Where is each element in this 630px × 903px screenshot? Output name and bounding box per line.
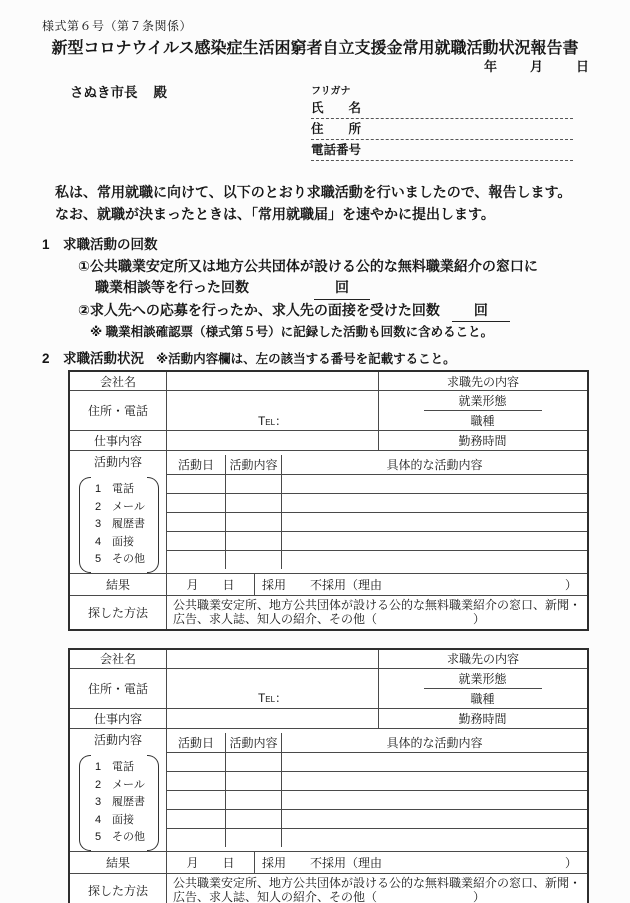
activity-entry-row: [167, 772, 587, 791]
activity-detail-input[interactable]: [281, 772, 587, 790]
occupation-subrow: 職種: [424, 688, 542, 708]
result-cell: 月 日 採用 不採用（理由 ）: [166, 852, 587, 873]
activity-date-input[interactable]: [167, 513, 225, 531]
address-tel-cell: Tel：: [166, 669, 378, 708]
activity-date-input[interactable]: [167, 791, 225, 809]
activity-option-resume: 3 履歴書: [95, 516, 145, 534]
section1-heading: 1 求職活動の回数: [42, 234, 538, 256]
activity-option-resume: 3 履歴書: [95, 794, 145, 812]
job-content-label: 仕事内容: [70, 431, 166, 450]
furigana-label: フリガナ: [311, 82, 573, 97]
pledge-paragraph: 私は、常用就職に向けて、以下のとおり求職活動を行いましたので、報告します。 なお…: [55, 181, 571, 225]
address-phone-label: 住所・電話: [70, 391, 166, 430]
section1-note: ※ 職業相談確認票（様式第５号）に記録した活動も回数に含めること。: [90, 322, 538, 344]
result-close-paren: ）: [565, 854, 577, 871]
activity-table: 会社名 求職先の内容 住所・電話 Tel： 就業形態 職種: [68, 648, 589, 903]
activity-date-input[interactable]: [167, 475, 225, 493]
activity-section-row: 活動内容 1 電話 2 メール 3 履歴書 4 面接 5 その他 活動日 活動内…: [70, 450, 587, 573]
section1-item1-line2: 職業相談等を行った回数回: [95, 277, 538, 300]
result-outcome-field[interactable]: 採用 不採用（理由 ）: [254, 852, 587, 873]
result-label: 結果: [70, 852, 166, 873]
tel-label[interactable]: Tel：: [258, 688, 287, 708]
occupation-subrow: 職種: [424, 410, 542, 430]
form-number: 様式第６号（第７条関係）: [42, 17, 192, 34]
section-activity-status: 2 求職活動状況※活動内容欄は、左の該当する番号を記載すること。: [42, 347, 456, 367]
section1-item2-line: ②求人先への応募を行ったか、求人先の面接を受けた回数回: [78, 300, 538, 323]
activity-grid: 活動日 活動内容 具体的な活動内容: [166, 451, 587, 573]
activity-tables: 会社名 求職先の内容 住所・電話 Tel： 就業形態 職種: [68, 370, 589, 903]
activity-date-input[interactable]: [167, 810, 225, 828]
search-method-label: 探した方法: [70, 874, 166, 903]
search-method-line1: 公共職業安定所、地方公共団体が設ける公的な無料職業紹介の窓口、新聞・: [173, 876, 581, 891]
job-content-input[interactable]: [166, 431, 378, 450]
year-label: 年: [484, 56, 497, 75]
job-target-header: 求職先の内容: [378, 372, 587, 390]
activity-legend-cell: 活動内容 1 電話 2 メール 3 履歴書 4 面接 5 その他: [70, 451, 166, 573]
employment-type-label: 就業形態: [424, 392, 541, 409]
company-row: 会社名 求職先の内容: [70, 372, 587, 390]
consult-count-field[interactable]: 回: [314, 277, 370, 300]
activity-detail-input[interactable]: [281, 532, 587, 550]
activity-entry-row: [167, 791, 587, 810]
employment-occupation-cell: 就業形態 職種: [378, 391, 587, 430]
addressee-name: さぬき市長: [70, 85, 138, 100]
activity-option-interview: 4 面接: [95, 812, 145, 830]
search-method-row: 探した方法 公共職業安定所、地方公共団体が設ける公的な無料職業紹介の窓口、新聞・…: [70, 595, 587, 629]
address-label: 住 所: [311, 122, 361, 136]
activity-detail-header: 具体的な活動内容: [281, 733, 587, 752]
address-row: 住所・電話 Tel： 就業形態 職種: [70, 390, 587, 430]
activity-header-row: 活動日 活動内容 具体的な活動内容: [167, 733, 587, 753]
activity-option-mail: 2 メール: [95, 777, 145, 795]
activity-detail-input[interactable]: [281, 551, 587, 569]
job-content-row: 仕事内容 勤務時間: [70, 708, 587, 728]
activity-section-row: 活動内容 1 電話 2 メール 3 履歴書 4 面接 5 その他 活動日 活動内…: [70, 728, 587, 851]
company-label: 会社名: [70, 650, 166, 668]
company-label: 会社名: [70, 372, 166, 390]
result-cell: 月 日 採用 不採用（理由 ）: [166, 574, 587, 595]
activity-options-bracket: 1 電話 2 メール 3 履歴書 4 面接 5 その他: [77, 755, 159, 851]
activity-option-interview: 4 面接: [95, 534, 145, 552]
result-date-field[interactable]: 月 日: [167, 852, 254, 873]
search-method-line1: 公共職業安定所、地方公共団体が設ける公的な無料職業紹介の窓口、新聞・: [173, 598, 581, 613]
hours-cell: 勤務時間: [378, 709, 587, 728]
activity-type-input[interactable]: [225, 810, 281, 828]
activity-entry-row: [167, 475, 587, 494]
activity-type-input[interactable]: [225, 494, 281, 512]
activity-type-input[interactable]: [225, 551, 281, 569]
search-method-label: 探した方法: [70, 596, 166, 629]
activity-date-header: 活動日: [167, 455, 225, 474]
section2-heading: 2 求職活動状況: [42, 351, 144, 366]
phone-field[interactable]: 電話番号: [311, 141, 573, 161]
activity-entry-row: [167, 513, 587, 532]
pledge-line-1: 私は、常用就職に向けて、以下のとおり求職活動を行いましたので、報告します。: [55, 181, 571, 203]
address-row: 住所・電話 Tel： 就業形態 職種: [70, 668, 587, 708]
activity-detail-input[interactable]: [281, 475, 587, 493]
search-method-line2: 広告、求人誌、知人の紹介、その他（ ）: [173, 612, 485, 627]
section1-item1-line1: ①公共職業安定所又は地方公共団体が設ける公的な無料職業紹介の窓口に: [78, 256, 538, 278]
search-method-text[interactable]: 公共職業安定所、地方公共団体が設ける公的な無料職業紹介の窓口、新聞・ 広告、求人…: [166, 874, 587, 903]
address-phone-label: 住所・電話: [70, 669, 166, 708]
hours-cell: 勤務時間: [378, 431, 587, 450]
activity-entry-row: [167, 753, 587, 772]
month-label: 月: [530, 56, 543, 75]
page-title: 新型コロナウイルス感染症生活困窮者自立支援金常用就職活動状況報告書: [0, 35, 630, 58]
occupation-label: 職種: [424, 412, 541, 429]
activity-type-header: 活動内容: [225, 733, 281, 752]
result-outcome-text: 採用 不採用（理由: [262, 576, 382, 593]
report-form-page: 様式第６号（第７条関係） 新型コロナウイルス感染症生活困窮者自立支援金常用就職活…: [0, 0, 630, 903]
result-label: 結果: [70, 574, 166, 595]
activity-detail-input[interactable]: [281, 494, 587, 512]
activity-type-input[interactable]: [225, 532, 281, 550]
section2-note: ※活動内容欄は、左の該当する番号を記載すること。: [156, 352, 456, 366]
result-row: 結果 月 日 採用 不採用（理由 ）: [70, 851, 587, 873]
activity-option-mail: 2 メール: [95, 499, 145, 517]
company-input-cell[interactable]: [166, 650, 378, 668]
apply-count-field[interactable]: 回: [452, 300, 510, 323]
activity-legend-cell: 活動内容 1 電話 2 メール 3 履歴書 4 面接 5 その他: [70, 729, 166, 851]
activity-entry-row: [167, 532, 587, 551]
day-label: 日: [576, 56, 589, 75]
activity-type-input[interactable]: [225, 475, 281, 493]
activity-detail-input[interactable]: [281, 513, 587, 531]
work-hours-label: 勤務時間: [424, 432, 541, 449]
activity-date-input[interactable]: [167, 551, 225, 569]
activity-date-input[interactable]: [167, 532, 225, 550]
activity-date-input[interactable]: [167, 753, 225, 771]
result-row: 結果 月 日 採用 不採用（理由 ）: [70, 573, 587, 595]
employment-subrow: 就業形態: [424, 669, 542, 688]
section-activity-count: 1 求職活動の回数 ①公共職業安定所又は地方公共団体が設ける公的な無料職業紹介の…: [42, 234, 538, 344]
result-outcome-text: 採用 不採用（理由: [262, 854, 382, 871]
phone-label: 電話番号: [311, 143, 361, 157]
activity-detail-input[interactable]: [281, 753, 587, 771]
job-content-input[interactable]: [166, 709, 378, 728]
result-outcome-field[interactable]: 採用 不採用（理由 ）: [254, 574, 587, 595]
activity-type-input[interactable]: [225, 772, 281, 790]
activity-options-bracket: 1 電話 2 メール 3 履歴書 4 面接 5 その他: [77, 477, 159, 573]
activity-entry-row: [167, 494, 587, 513]
name-label: 氏 名: [311, 101, 361, 115]
job-content-label: 仕事内容: [70, 709, 166, 728]
search-method-text[interactable]: 公共職業安定所、地方公共団体が設ける公的な無料職業紹介の窓口、新聞・ 広告、求人…: [166, 596, 587, 629]
address-tel-cell: Tel：: [166, 391, 378, 430]
date-line: 年 月 日: [484, 56, 589, 75]
activity-option-phone: 1 電話: [95, 759, 145, 777]
activity-entry-row: [167, 810, 587, 829]
name-field[interactable]: 氏 名: [311, 99, 573, 119]
company-row: 会社名 求職先の内容: [70, 650, 587, 668]
employment-occupation-cell: 就業形態 職種: [378, 669, 587, 708]
hours-subrow: 勤務時間: [424, 431, 542, 450]
activity-option-phone: 1 電話: [95, 481, 145, 499]
activity-option-other: 5 その他: [95, 551, 145, 569]
activity-date-input[interactable]: [167, 829, 225, 847]
hours-subrow: 勤務時間: [424, 709, 542, 728]
work-hours-label: 勤務時間: [424, 710, 541, 727]
result-date-field[interactable]: 月 日: [167, 574, 254, 595]
activity-date-input[interactable]: [167, 772, 225, 790]
activity-type-input[interactable]: [225, 753, 281, 771]
addressee-line: さぬき市長殿: [70, 81, 167, 101]
activity-entry-row: [167, 551, 587, 569]
address-field[interactable]: 住 所: [311, 120, 573, 140]
job-content-row: 仕事内容 勤務時間: [70, 430, 587, 450]
activity-label: 活動内容: [94, 453, 142, 470]
search-method-row: 探した方法 公共職業安定所、地方公共団体が設ける公的な無料職業紹介の窓口、新聞・…: [70, 873, 587, 903]
contact-block: フリガナ 氏 名 住 所 電話番号: [311, 82, 573, 161]
activity-type-header: 活動内容: [225, 455, 281, 474]
activity-detail-header: 具体的な活動内容: [281, 455, 587, 474]
honorific: 殿: [154, 85, 168, 100]
activity-entry-row: [167, 829, 587, 847]
result-close-paren: ）: [565, 576, 577, 593]
employment-type-label: 就業形態: [424, 670, 541, 687]
consult-count-label: 職業相談等を行った回数: [95, 279, 249, 295]
activity-type-input[interactable]: [225, 513, 281, 531]
activity-grid: 活動日 活動内容 具体的な活動内容: [166, 729, 587, 851]
company-input-cell[interactable]: [166, 372, 378, 390]
activity-detail-input[interactable]: [281, 791, 587, 809]
activity-label: 活動内容: [94, 731, 142, 748]
activity-detail-input[interactable]: [281, 829, 587, 847]
activity-table: 会社名 求職先の内容 住所・電話 Tel： 就業形態 職種: [68, 370, 589, 631]
employment-subrow: 就業形態: [424, 391, 542, 410]
apply-count-label: ②求人先への応募を行ったか、求人先の面接を受けた回数: [78, 302, 440, 318]
activity-option-other: 5 その他: [95, 829, 145, 847]
activity-date-header: 活動日: [167, 733, 225, 752]
search-method-line2: 広告、求人誌、知人の紹介、その他（ ）: [173, 890, 485, 903]
tel-label[interactable]: Tel：: [258, 410, 287, 430]
activity-date-input[interactable]: [167, 494, 225, 512]
job-target-header: 求職先の内容: [378, 650, 587, 668]
occupation-label: 職種: [424, 690, 541, 707]
activity-type-input[interactable]: [225, 791, 281, 809]
activity-type-input[interactable]: [225, 829, 281, 847]
activity-detail-input[interactable]: [281, 810, 587, 828]
activity-header-row: 活動日 活動内容 具体的な活動内容: [167, 455, 587, 475]
pledge-line-2: なお、就職が決まったときは、「常用就職届」を速やかに提出します。: [55, 203, 571, 225]
